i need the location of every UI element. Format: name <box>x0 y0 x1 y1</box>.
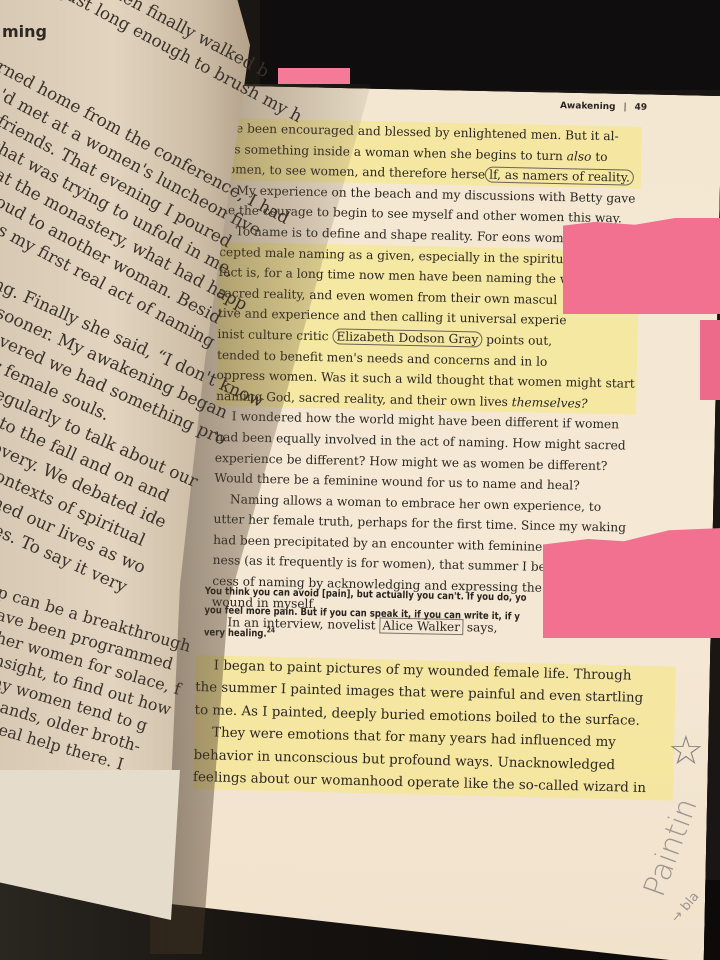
sticky-note-lower <box>543 528 720 638</box>
chapter-title: Awakening <box>560 101 616 112</box>
circled-phrase: lf, as namers of reality. <box>485 167 634 186</box>
sticky-note-middle <box>563 218 720 314</box>
right-page-body-lower: I began to paint pictures of my wounded … <box>193 655 676 801</box>
running-head: Awakening|49 <box>560 101 647 113</box>
circled-name: Elizabeth Dodson Gray <box>332 328 482 347</box>
star-icon: ☆ <box>668 728 704 774</box>
footnote-ref: 24 <box>267 626 275 634</box>
quote-block: You think you can avoid [pain], but actu… <box>204 582 579 650</box>
left-page-heading: ming <box>2 22 47 41</box>
sticky-note-edge <box>700 320 720 400</box>
page-number: 49 <box>634 103 647 113</box>
